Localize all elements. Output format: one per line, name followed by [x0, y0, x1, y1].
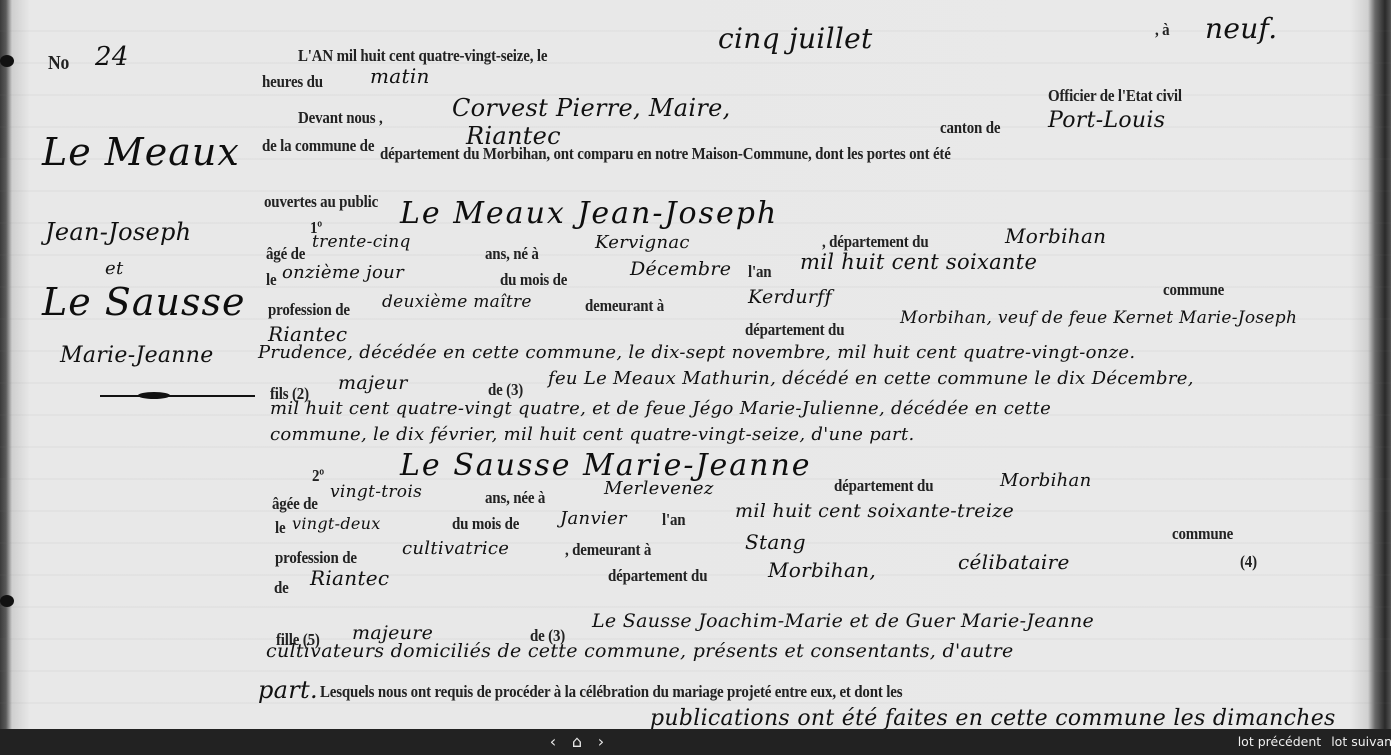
hand-groom-parents: commune, le dix février, mil huit cent q… [270, 424, 915, 445]
print-text: de la commune de [262, 136, 374, 156]
hand-bride-month: Janvier [560, 508, 627, 529]
next-lot-link[interactable]: lot suivant [1331, 734, 1391, 749]
margin-bride-given: Marie-Jeanne [60, 343, 214, 368]
print-text: âgé de [266, 244, 305, 264]
hand-bride-residence: Stang [745, 530, 806, 554]
hand-groom-year: mil huit cent soixante [800, 250, 1037, 274]
margin-bride-surname: Le Sausse [42, 280, 245, 324]
hand-bride-age: vingt-trois [330, 482, 422, 502]
print-text: de (3) [488, 380, 523, 400]
hand-groom-birthplace: Kervignac [595, 232, 690, 253]
page-navigation: ‹ ⌂ › [545, 732, 609, 752]
hand-bride-parents: part. [258, 676, 318, 704]
print-text: du mois de [500, 270, 567, 290]
hand-officer: Corvest Pierre, Maire, [452, 94, 731, 122]
next-image-button[interactable]: › [593, 732, 609, 752]
print-text: ans, née à [485, 488, 545, 508]
hand-bride-status: célibataire [958, 550, 1070, 574]
hand-groom-profession: deuxième maître [382, 292, 532, 312]
print-text: département du [745, 320, 844, 340]
record-number-label: No [48, 52, 69, 75]
hand-groom-widow-detail: Prudence, décédée en cette commune, le d… [258, 342, 1135, 363]
hand-bride-day: vingt-deux [292, 514, 381, 533]
hand-bride-dept: Morbihan [1000, 470, 1091, 491]
previous-image-button[interactable]: ‹ [545, 732, 561, 752]
hand-groom-widow: Morbihan, veuf de feue Kernet Marie-Jose… [900, 308, 1297, 328]
print-text: L'AN mil huit cent quatre-vingt-seize, l… [298, 46, 547, 66]
print-text: profession de [268, 300, 350, 320]
print-text: Lesquels nous ont requis de procéder à l… [320, 682, 902, 702]
hand-groom-dept: Morbihan [1005, 224, 1106, 248]
margin-rule [100, 395, 255, 397]
print-text: , département du [822, 232, 928, 252]
record-number: 24 [95, 42, 129, 72]
print-text: ouvertes au public [264, 192, 378, 212]
hand-groom-month: Décembre [630, 258, 731, 280]
print-text: l'an [748, 262, 771, 282]
hand-groom-majority: majeur [338, 372, 408, 394]
lot-navigation: lot précédent lot suivant [1238, 734, 1391, 749]
print-text: profession de [275, 548, 357, 568]
print-text: , demeurant à [565, 540, 651, 560]
binding-hole [0, 55, 14, 67]
hand-groom-parents: feu Le Meaux Mathurin, décédé en cette c… [548, 368, 1194, 389]
hand-hour: neuf. [1205, 12, 1277, 45]
hand-bride-profession: cultivatrice [402, 538, 509, 559]
hand-groom-name: Le Meaux Jean-Joseph [400, 196, 778, 231]
print-text: de [274, 578, 289, 598]
hand-publications: publications ont été faites en cette com… [650, 706, 1336, 729]
previous-lot-link[interactable]: lot précédent [1238, 734, 1322, 749]
print-text: département du [608, 566, 707, 586]
print-text: Officier de l'Etat civil [1048, 86, 1182, 106]
print-text: âgée de [272, 494, 318, 514]
print-text: le [275, 518, 285, 538]
hand-groom-parents: mil huit cent quatre-vingt quatre, et de… [270, 398, 1051, 419]
home-icon[interactable]: ⌂ [569, 732, 585, 752]
hand-bride-birthplace: Merlevenez [604, 478, 714, 499]
image-viewport[interactable]: No 24 Le Meaux Jean-Joseph et Le Sausse … [0, 0, 1391, 729]
margin-groom-surname: Le Meaux [42, 130, 240, 174]
archive-page-image: No 24 Le Meaux Jean-Joseph et Le Sausse … [0, 0, 1391, 729]
print-text: le [266, 270, 276, 290]
print-text: (4) [1240, 552, 1257, 572]
hand-bride-year: mil huit cent soixante-treize [735, 500, 1014, 522]
print-text: l'an [662, 510, 685, 530]
hand-canton: Port-Louis [1048, 108, 1165, 133]
viewer-toolbar: ‹ ⌂ › lot précédent lot suivant [0, 729, 1391, 755]
margin-groom-given: Jean-Joseph [45, 218, 191, 246]
hand-bride-parents: cultivateurs domiciliés de cette commune… [266, 640, 1014, 662]
print-text: commune [1172, 524, 1233, 544]
print-text: 2º [312, 466, 324, 486]
print-text: département du Morbihan, ont comparu en … [380, 144, 951, 164]
hand-groom-age: trente-cinq [312, 232, 411, 252]
hand-bride-parents: Le Sausse Joachim-Marie et de Guer Marie… [592, 610, 1094, 632]
print-text: commune [1163, 280, 1224, 300]
margin-conjunction: et [105, 258, 124, 279]
hand-bride-commune: Riantec [310, 566, 389, 590]
print-text: du mois de [452, 514, 519, 534]
print-text: canton de [940, 118, 1000, 138]
hand-groom-residence: Kerdurff [748, 286, 832, 308]
hand-bride-dept: Morbihan, [768, 558, 876, 582]
hand-time: matin [370, 64, 430, 88]
print-text: ans, né à [485, 244, 539, 264]
print-text: , à [1155, 20, 1169, 40]
hand-date: cinq juillet [718, 22, 873, 55]
binding-hole [0, 595, 14, 607]
print-text: demeurant à [585, 296, 664, 316]
print-text: département du [834, 476, 933, 496]
print-text: Devant nous , [298, 108, 383, 128]
print-text: heures du [262, 72, 323, 92]
hand-groom-day: onzième jour [282, 262, 404, 283]
